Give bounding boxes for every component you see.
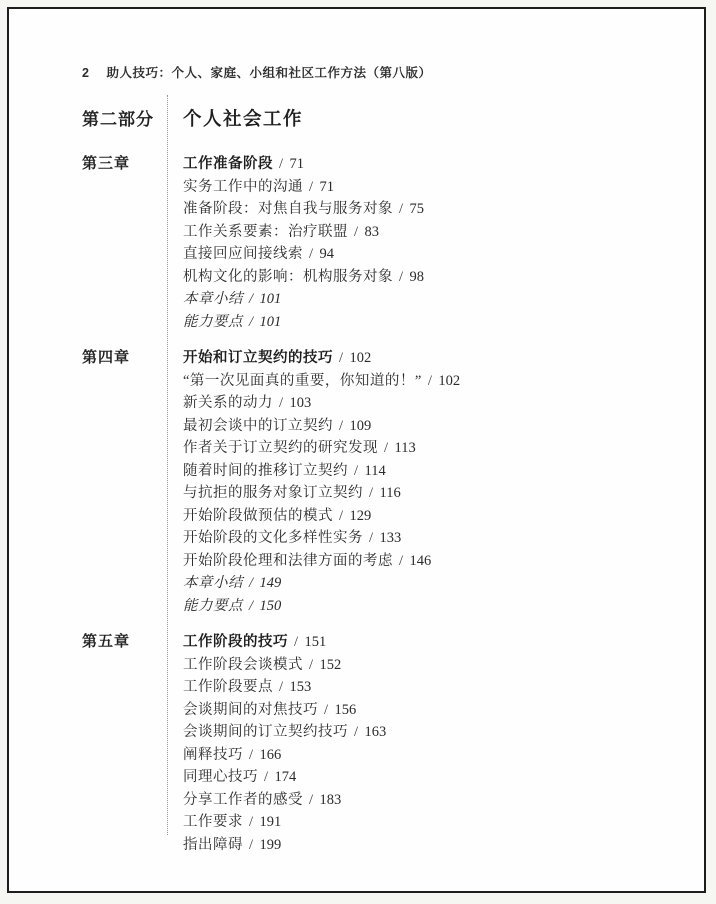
- toc-entry-title: 本章小结: [183, 575, 243, 591]
- toc-entry-page: 114: [365, 463, 386, 479]
- toc-entry: 能力要点/150: [183, 595, 682, 618]
- toc-entry-separator: /: [354, 724, 359, 740]
- toc-entry: 工作阶段的技巧/151: [183, 631, 682, 654]
- toc-entry: 直接回应间接线索/94: [183, 243, 682, 266]
- toc-entry-page: 151: [305, 634, 327, 650]
- toc-entry-separator: /: [279, 156, 284, 172]
- toc-entry-title: 工作准备阶段: [183, 156, 273, 172]
- toc-entry-separator: /: [294, 634, 299, 650]
- toc-entry-title: 同理心技巧: [183, 769, 258, 785]
- chapter-block: 第五章 工作阶段的技巧/151工作阶段会谈模式/152工作阶段要点/153会谈期…: [82, 631, 682, 856]
- chapter-items: 工作阶段的技巧/151工作阶段会谈模式/152工作阶段要点/153会谈期间的对焦…: [183, 631, 682, 856]
- toc-entry: 开始阶段伦理和法律方面的考虑/146: [183, 550, 682, 573]
- toc-entry: 本章小结/149: [183, 572, 682, 595]
- toc-entry-page: 152: [320, 657, 342, 673]
- toc-entry: 阐释技巧/166: [183, 744, 682, 767]
- toc-entry-separator: /: [249, 814, 254, 830]
- toc-entry-separator: /: [428, 373, 433, 389]
- toc-entry-title: 能力要点: [183, 598, 243, 614]
- toc-entry: 会谈期间的订立契约技巧/163: [183, 721, 682, 744]
- toc-entry-page: 199: [260, 837, 282, 853]
- toc-entry-page: 174: [275, 769, 297, 785]
- toc-entry-separator: /: [354, 224, 359, 240]
- toc-entry: 作者关于订立契约的研究发现/113: [183, 437, 682, 460]
- toc-entry-separator: /: [339, 508, 344, 524]
- book-page: 2 助人技巧：个人、家庭、小组和社区工作方法（第八版） 第二部分 个人社会工作 …: [7, 7, 706, 893]
- toc-entry-separator: /: [249, 747, 254, 763]
- toc-entry-title: 分享工作者的感受: [183, 792, 303, 808]
- toc-entry-page: 116: [380, 485, 401, 501]
- toc-entry: 工作阶段会谈模式/152: [183, 654, 682, 677]
- toc-entry-page: 109: [350, 418, 372, 434]
- toc-entry-page: 156: [335, 702, 357, 718]
- toc-entry-page: 98: [410, 269, 425, 285]
- toc-entry-separator: /: [369, 485, 374, 501]
- toc-entry-page: 71: [320, 179, 335, 195]
- toc-entry: 工作阶段要点/153: [183, 676, 682, 699]
- toc-entry-title: 能力要点: [183, 314, 243, 330]
- toc-entry-title: 开始和订立契约的技巧: [183, 350, 333, 366]
- toc-entry-title: 开始阶段伦理和法律方面的考虑: [183, 553, 393, 569]
- chapter-label: 第五章: [82, 631, 183, 856]
- toc-entry-page: 102: [438, 373, 460, 389]
- toc-entry-page: 163: [365, 724, 387, 740]
- toc-entry: 指出障碍/199: [183, 834, 682, 857]
- toc-entry: 最初会谈中的订立契约/109: [183, 415, 682, 438]
- toc-entry-separator: /: [279, 679, 284, 695]
- toc-entry-separator: /: [399, 553, 404, 569]
- toc-entry: 开始阶段的文化多样性实务/133: [183, 527, 682, 550]
- toc-entry-page: 75: [410, 201, 425, 217]
- toc-entry-separator: /: [309, 657, 314, 673]
- toc-entry-title: 与抗拒的服务对象订立契约: [183, 485, 363, 501]
- toc-entry-page: 103: [290, 395, 312, 411]
- toc-entry: 开始阶段做预估的模式/129: [183, 505, 682, 528]
- toc-entry-page: 191: [260, 814, 282, 830]
- toc-entry-separator: /: [309, 792, 314, 808]
- toc-entry-title: 最初会谈中的订立契约: [183, 418, 333, 434]
- toc-entry: 分享工作者的感受/183: [183, 789, 682, 812]
- part-label: 第二部分: [82, 105, 183, 130]
- page-number: 2: [82, 66, 89, 80]
- toc-entry-separator: /: [249, 598, 254, 614]
- toc-entry-title: 开始阶段的文化多样性实务: [183, 530, 363, 546]
- toc-entry-title: 工作要求: [183, 814, 243, 830]
- toc-entry-title: 直接回应间接线索: [183, 246, 303, 262]
- toc-entry: 工作要求/191: [183, 811, 682, 834]
- toc-entry-title: “第一次见面真的重要，你知道的！”: [183, 373, 422, 389]
- toc-entry-page: 166: [260, 747, 282, 763]
- toc-entry-separator: /: [264, 769, 269, 785]
- running-head-title: 助人技巧：个人、家庭、小组和社区工作方法（第八版）: [106, 66, 431, 80]
- running-head: 2 助人技巧：个人、家庭、小组和社区工作方法（第八版）: [82, 63, 431, 81]
- part-title: 个人社会工作: [183, 105, 303, 131]
- toc-entry-separator: /: [249, 291, 254, 307]
- toc-entry-title: 阐释技巧: [183, 747, 243, 763]
- toc-entry-title: 作者关于订立契约的研究发现: [183, 440, 378, 456]
- toc-entry-title: 会谈期间的订立契约技巧: [183, 724, 348, 740]
- toc-entry-page: 101: [260, 314, 282, 330]
- toc-entry-separator: /: [339, 350, 344, 366]
- toc-entry-separator: /: [399, 201, 404, 217]
- toc-entry: 同理心技巧/174: [183, 766, 682, 789]
- toc-entry: 会谈期间的对焦技巧/156: [183, 699, 682, 722]
- toc-entry-separator: /: [279, 395, 284, 411]
- toc-entry-page: 146: [410, 553, 432, 569]
- toc-entry: 本章小结/101: [183, 288, 682, 311]
- toc-entry-page: 183: [320, 792, 342, 808]
- toc-entry-title: 准备阶段：对焦自我与服务对象: [183, 201, 393, 217]
- toc-entry: 与抗拒的服务对象订立契约/116: [183, 482, 682, 505]
- toc-entry-title: 机构文化的影响：机构服务对象: [183, 269, 393, 285]
- toc-entry-title: 工作阶段要点: [183, 679, 273, 695]
- chapter-label: 第三章: [82, 153, 183, 333]
- toc: 第三章 工作准备阶段/71实务工作中的沟通/71准备阶段：对焦自我与服务对象/7…: [82, 153, 682, 870]
- toc-entry: 实务工作中的沟通/71: [183, 176, 682, 199]
- toc-entry: 工作准备阶段/71: [183, 153, 682, 176]
- toc-entry: 随着时间的推移订立契约/114: [183, 460, 682, 483]
- part-heading-row: 第二部分 个人社会工作: [82, 105, 303, 131]
- chapter-block: 第三章 工作准备阶段/71实务工作中的沟通/71准备阶段：对焦自我与服务对象/7…: [82, 153, 682, 333]
- toc-entry-separator: /: [324, 702, 329, 718]
- toc-entry: “第一次见面真的重要，你知道的！”/102: [183, 370, 682, 393]
- toc-entry-title: 本章小结: [183, 291, 243, 307]
- toc-entry-title: 指出障碍: [183, 837, 243, 853]
- toc-entry-page: 153: [290, 679, 312, 695]
- toc-entry: 工作关系要素：治疗联盟/83: [183, 221, 682, 244]
- toc-entry-title: 开始阶段做预估的模式: [183, 508, 333, 524]
- toc-entry-separator: /: [354, 463, 359, 479]
- toc-entry-title: 工作阶段会谈模式: [183, 657, 303, 673]
- chapter-label: 第四章: [82, 347, 183, 617]
- chapter-items: 工作准备阶段/71实务工作中的沟通/71准备阶段：对焦自我与服务对象/75工作关…: [183, 153, 682, 333]
- toc-entry-page: 150: [260, 598, 282, 614]
- toc-entry-separator: /: [399, 269, 404, 285]
- toc-entry-page: 113: [395, 440, 416, 456]
- toc-entry-title: 会谈期间的对焦技巧: [183, 702, 318, 718]
- toc-entry-page: 129: [350, 508, 372, 524]
- toc-entry-title: 工作阶段的技巧: [183, 634, 288, 650]
- toc-entry: 能力要点/101: [183, 311, 682, 334]
- toc-entry-title: 随着时间的推移订立契约: [183, 463, 348, 479]
- toc-entry-separator: /: [309, 246, 314, 262]
- toc-entry-separator: /: [249, 314, 254, 330]
- chapter-items: 开始和订立契约的技巧/102“第一次见面真的重要，你知道的！”/102新关系的动…: [183, 347, 682, 617]
- toc-entry-title: 工作关系要素：治疗联盟: [183, 224, 348, 240]
- chapter-block: 第四章 开始和订立契约的技巧/102“第一次见面真的重要，你知道的！”/102新…: [82, 347, 682, 617]
- toc-entry-page: 83: [365, 224, 380, 240]
- toc-entry: 准备阶段：对焦自我与服务对象/75: [183, 198, 682, 221]
- toc-entry-page: 149: [260, 575, 282, 591]
- toc-entry-title: 实务工作中的沟通: [183, 179, 303, 195]
- toc-entry-separator: /: [369, 530, 374, 546]
- toc-entry-separator: /: [249, 837, 254, 853]
- toc-entry-separator: /: [339, 418, 344, 434]
- toc-entry-separator: /: [309, 179, 314, 195]
- toc-entry-page: 94: [320, 246, 335, 262]
- toc-entry-page: 101: [260, 291, 282, 307]
- toc-entry: 开始和订立契约的技巧/102: [183, 347, 682, 370]
- toc-entry-page: 71: [290, 156, 305, 172]
- toc-entry: 新关系的动力/103: [183, 392, 682, 415]
- toc-entry-title: 新关系的动力: [183, 395, 273, 411]
- toc-entry: 机构文化的影响：机构服务对象/98: [183, 266, 682, 289]
- toc-entry-page: 102: [350, 350, 372, 366]
- toc-entry-separator: /: [384, 440, 389, 456]
- toc-entry-page: 133: [380, 530, 402, 546]
- toc-entry-separator: /: [249, 575, 254, 591]
